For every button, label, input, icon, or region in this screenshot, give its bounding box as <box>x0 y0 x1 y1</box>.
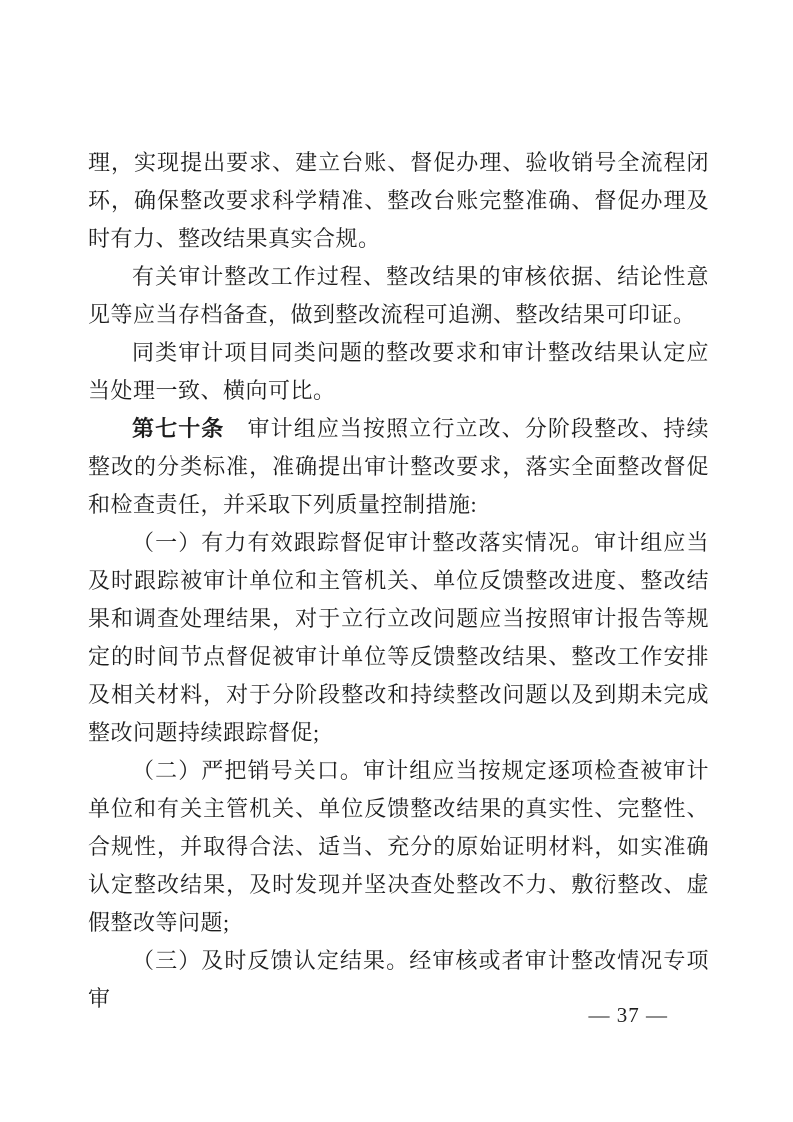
paragraph-article-70: 第七十条 审计组应当按照立行立改、分阶段整改、持续整改的分类标准，准确提出审计整… <box>88 410 709 524</box>
document-page: 理，实现提出要求、建立台账、督促办理、验收销号全流程闭环，确保整改要求科学精准、… <box>0 0 793 1122</box>
paragraph-item-2: （二）严把销号关口。审计组应当按规定逐项检查被审计单位和有关主管机关、单位反馈整… <box>88 752 709 942</box>
paragraph-item-1: （一）有力有效跟踪督促审计整改落实情况。审计组应当及时跟踪被审计单位和主管机关、… <box>88 524 709 752</box>
paragraph-archive-requirement: 有关审计整改工作过程、整改结果的审核依据、结论性意见等应当存档备查，做到整改流程… <box>88 258 709 334</box>
document-body: 理，实现提出要求、建立台账、督促办理、验收销号全流程闭环，确保整改要求科学精准、… <box>88 144 709 1018</box>
page-number: — 37 — <box>589 1002 669 1028</box>
paragraph-consistency-requirement: 同类审计项目同类问题的整改要求和审计整改结果认定应当处理一致、横向可比。 <box>88 334 709 410</box>
paragraph-continuation: 理，实现提出要求、建立台账、督促办理、验收销号全流程闭环，确保整改要求科学精准、… <box>88 144 709 258</box>
article-70-number: 第七十条 <box>132 416 224 441</box>
